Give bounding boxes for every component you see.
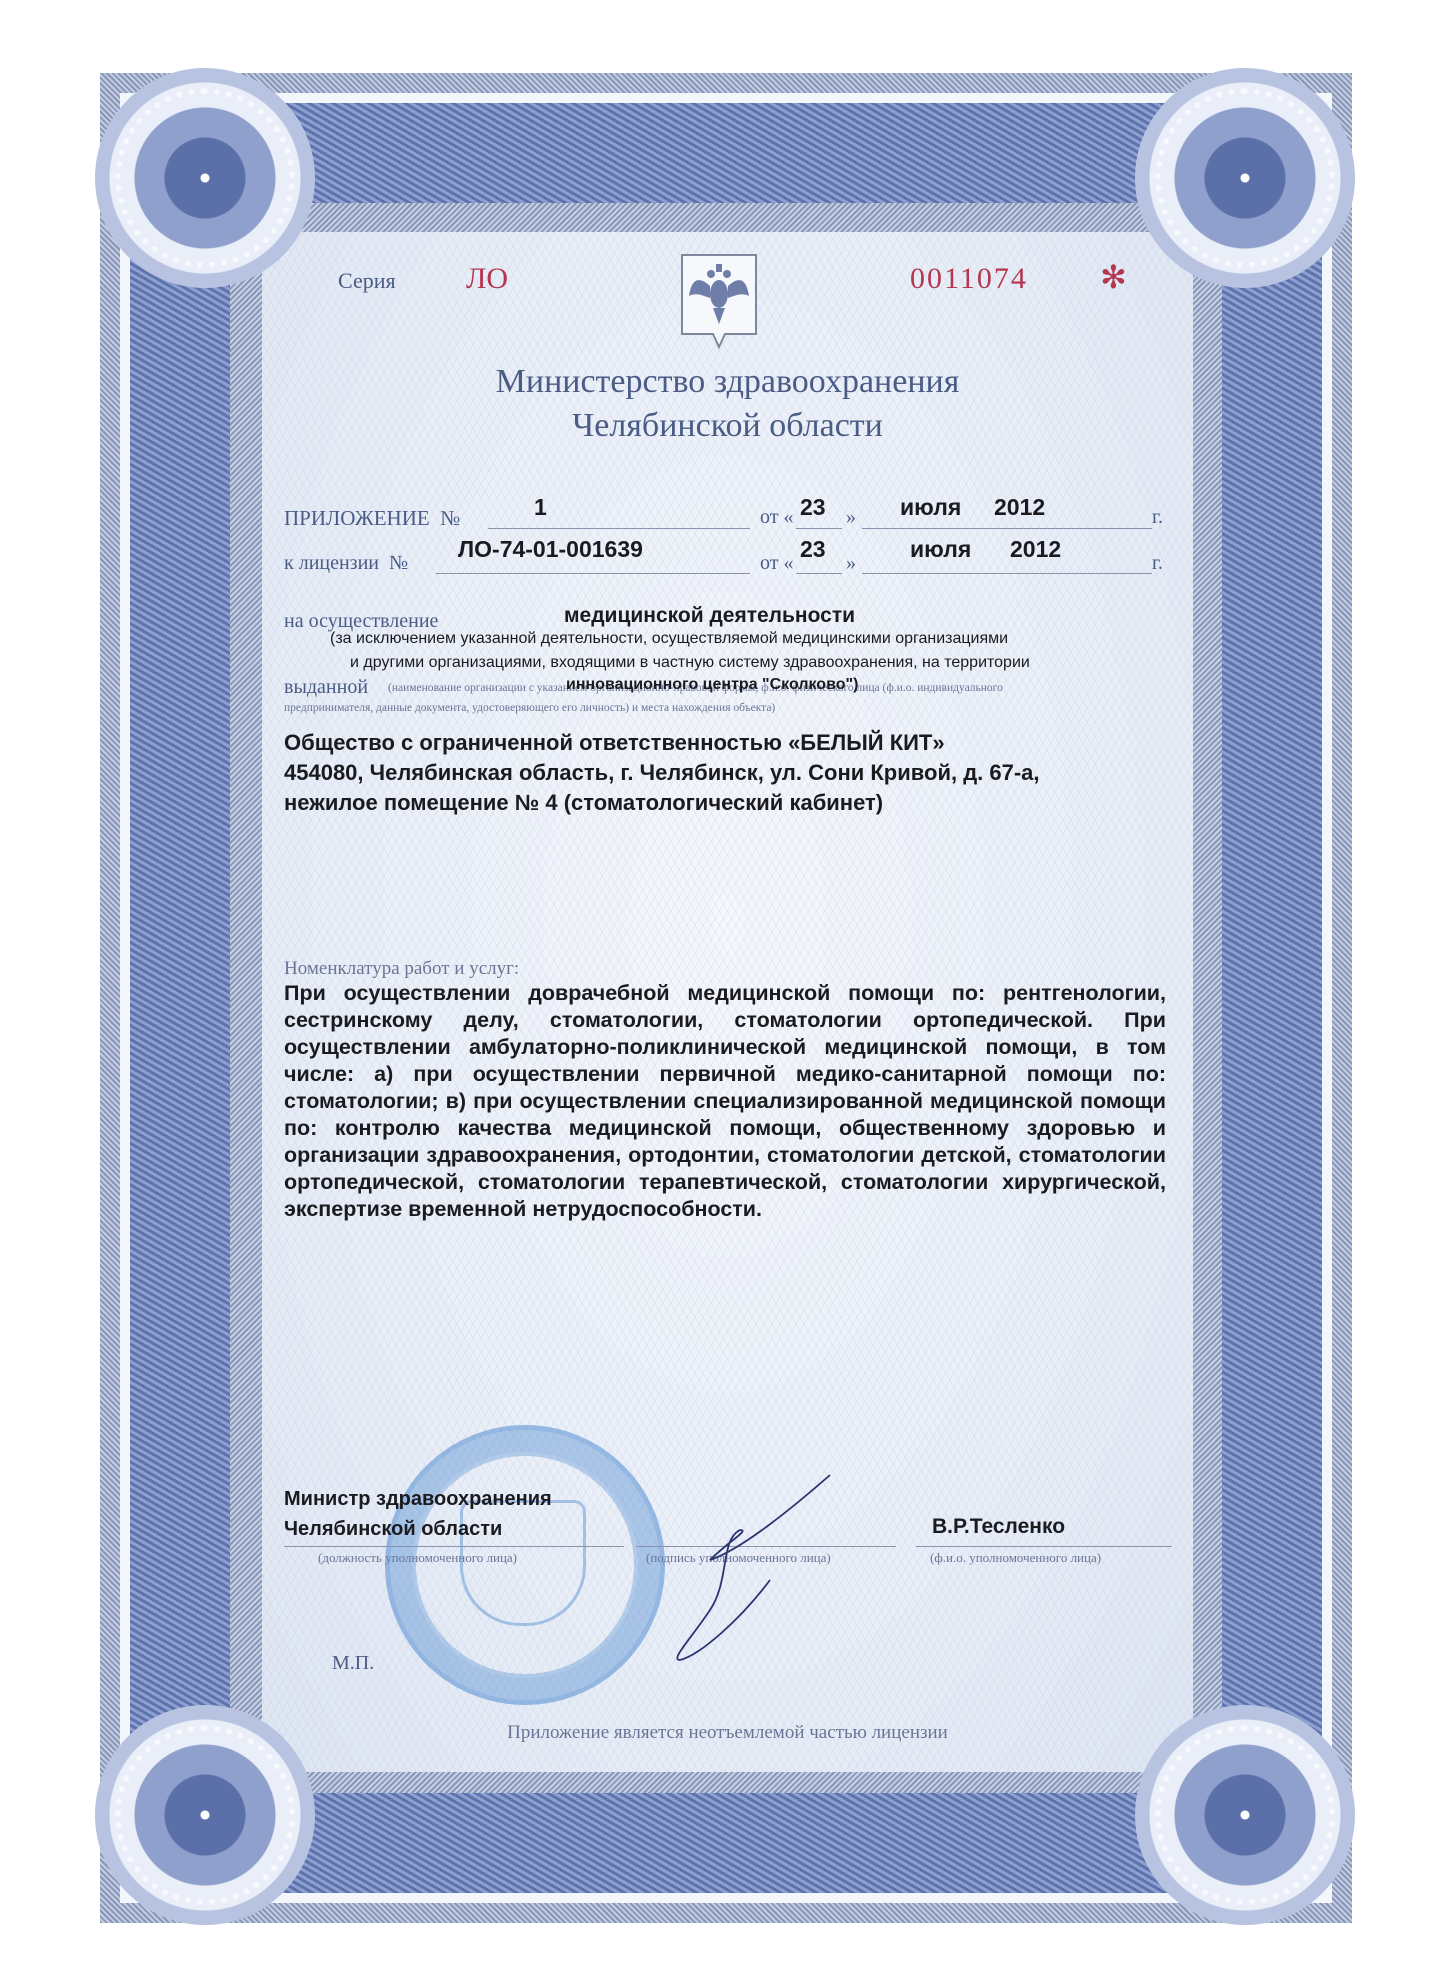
serial-mark-icon: ✻ bbox=[1100, 258, 1127, 296]
activity-title: медицинской деятельности bbox=[564, 604, 855, 628]
serial-number: 0011074 bbox=[910, 262, 1028, 296]
caption-position: (должность уполномоченного лица) bbox=[318, 1550, 517, 1566]
footer-note: Приложение является неотъемлемой частью … bbox=[262, 1722, 1193, 1744]
corner-ornament-icon bbox=[95, 68, 315, 288]
appendix-quote: » bbox=[846, 506, 856, 529]
nomenclature-label: Номенклатура работ и услуг: bbox=[284, 958, 519, 980]
appendix-number-line bbox=[488, 528, 750, 529]
address-line-2: нежилое помещение № 4 (стоматологический… bbox=[284, 788, 1040, 818]
license-day: 23 bbox=[800, 536, 826, 563]
appendix-month: июля bbox=[900, 494, 961, 521]
license-year-suffix: г. bbox=[1152, 552, 1163, 575]
activity-line-2: (за исключением указанной деятельности, … bbox=[330, 630, 1008, 648]
organization-name: Общество с ограниченной ответственностью… bbox=[284, 728, 1040, 758]
appendix-number: 1 bbox=[534, 494, 547, 521]
license-number-line bbox=[436, 573, 750, 574]
nomenclature-text: При осуществлении доврачебной медицинско… bbox=[284, 980, 1166, 1223]
license-month: июля bbox=[910, 536, 971, 563]
appendix-day: 23 bbox=[800, 494, 826, 521]
appendix-label: ПРИЛОЖЕНИЕ № bbox=[284, 506, 460, 531]
series-value: ЛО bbox=[466, 262, 508, 296]
licensee-block: Общество с ограниченной ответственностью… bbox=[284, 728, 1040, 818]
issuer-line-2: Челябинской области bbox=[262, 404, 1193, 448]
caption-name: (ф.и.о. уполномоченного лица) bbox=[930, 1550, 1101, 1566]
issued-to-hint-2: предпринимателя, данные документа, удост… bbox=[284, 702, 775, 714]
license-date-line bbox=[862, 573, 1152, 574]
appendix-day-line bbox=[796, 528, 842, 529]
position-line-1: Министр здравоохранения bbox=[284, 1484, 552, 1514]
license-year: 2012 bbox=[1010, 536, 1061, 563]
appendix-year-suffix: г. bbox=[1152, 506, 1163, 529]
license-number: ЛО-74-01-001639 bbox=[458, 536, 643, 563]
license-quote: » bbox=[846, 552, 856, 575]
issuer-line-1: Министерство здравоохранения bbox=[262, 360, 1193, 404]
license-from-label: от « bbox=[760, 552, 793, 575]
name-line bbox=[916, 1546, 1172, 1547]
activity-line-3: и другими организациями, входящими в час… bbox=[350, 654, 1030, 672]
appendix-from-label: от « bbox=[760, 506, 793, 529]
issuer-title: Министерство здравоохранения Челябинской… bbox=[262, 360, 1193, 448]
appendix-year: 2012 bbox=[994, 494, 1045, 521]
russian-coat-of-arms-icon bbox=[679, 252, 759, 350]
series-label: Серия bbox=[338, 268, 396, 294]
corner-ornament-icon bbox=[1135, 68, 1355, 288]
license-label: к лицензии № bbox=[284, 552, 408, 575]
position-line-2: Челябинской области bbox=[284, 1514, 552, 1544]
issued-to-label: выданной bbox=[284, 676, 368, 699]
appendix-date-line bbox=[862, 528, 1152, 529]
address-line-1: 454080, Челябинская область, г. Челябинс… bbox=[284, 758, 1040, 788]
signatory-position: Министр здравоохранения Челябинской обла… bbox=[284, 1484, 552, 1544]
position-line bbox=[284, 1546, 624, 1547]
license-day-line bbox=[796, 573, 842, 574]
seal-label: М.П. bbox=[332, 1652, 374, 1675]
signatory-name: В.Р.Тесленко bbox=[932, 1515, 1065, 1539]
handwritten-signature-icon bbox=[640, 1470, 840, 1680]
activity-line-4: инновационного центра "Сколково") bbox=[566, 676, 858, 694]
